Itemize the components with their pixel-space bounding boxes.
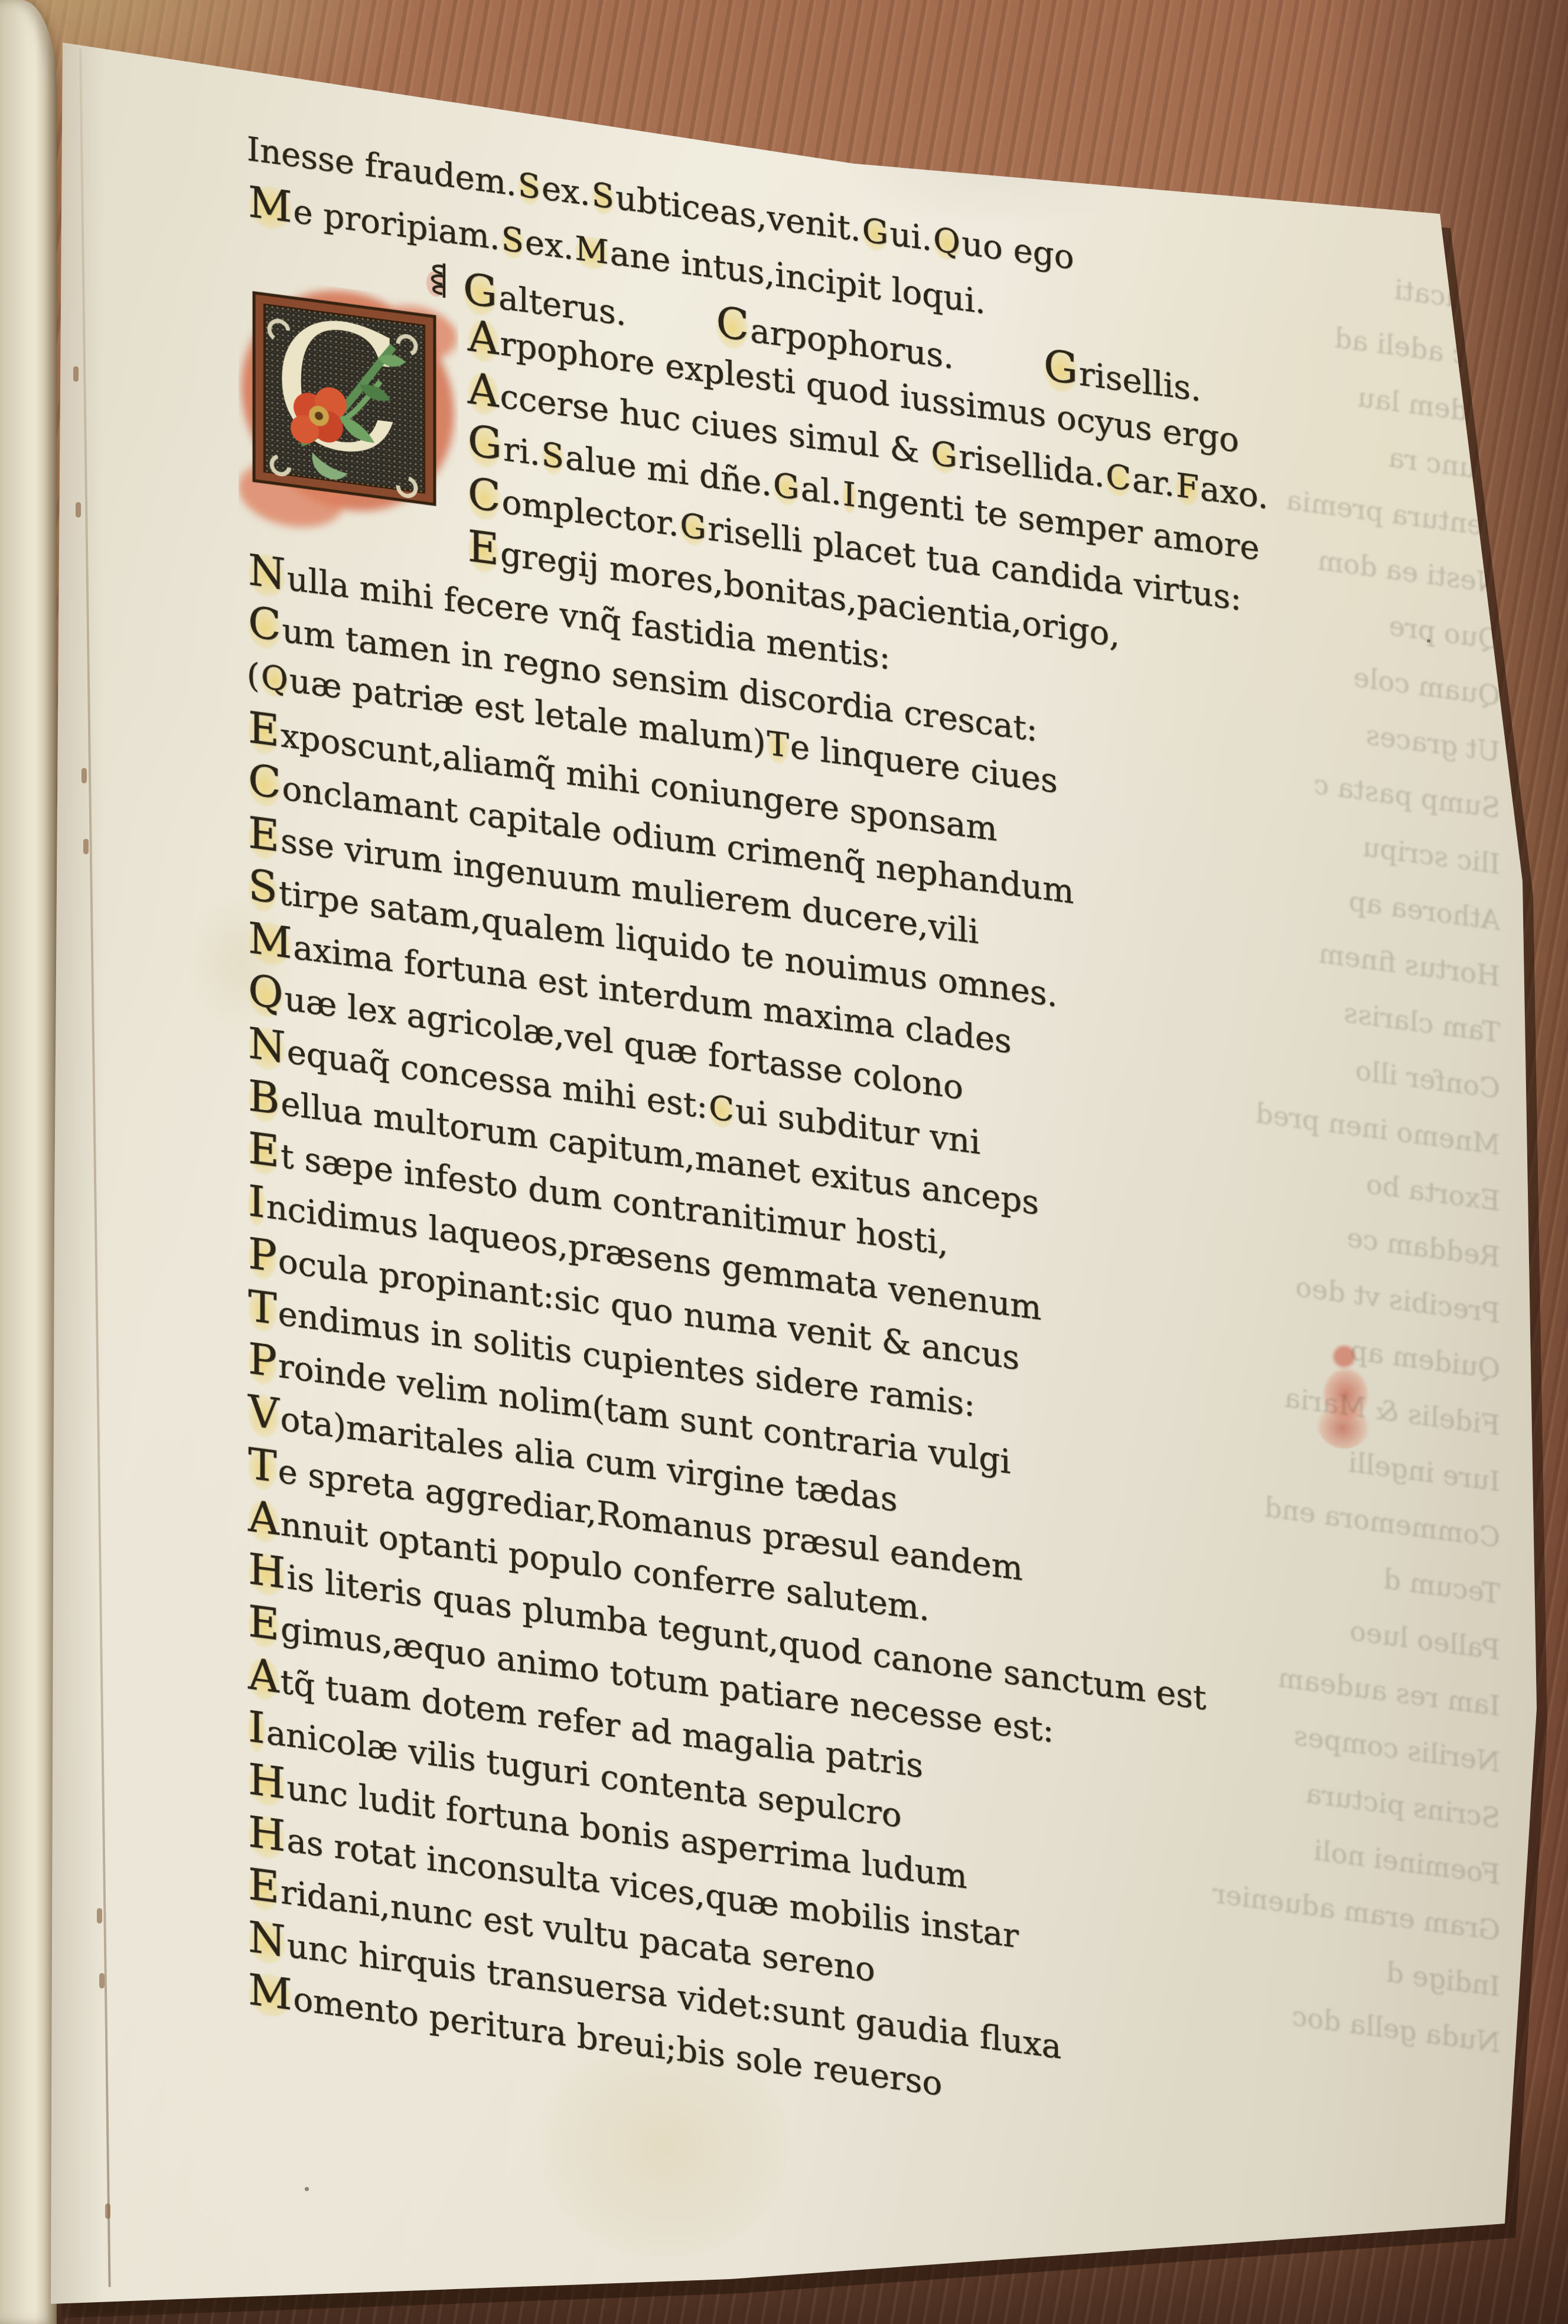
- washed-initial: M: [247, 1964, 294, 2020]
- washed-initial: G: [861, 211, 890, 253]
- washed-initial: E: [467, 521, 500, 576]
- washed-initial: N: [247, 1912, 287, 1967]
- binding-stitch: [76, 502, 81, 517]
- paper-speck: [305, 2187, 309, 2191]
- binding-stitch: [97, 1908, 102, 1923]
- washed-initial: G: [930, 434, 959, 476]
- washed-initial: A: [247, 1491, 281, 1545]
- washed-initial: S: [500, 219, 525, 261]
- washed-initial: B: [247, 1070, 281, 1125]
- washed-initial: C: [247, 597, 282, 652]
- binding-stitch: [105, 2203, 110, 2219]
- washed-initial: P: [247, 1333, 278, 1388]
- washed-initial: C: [467, 468, 502, 523]
- washed-initial: A: [467, 311, 500, 365]
- binding-stitch: [83, 839, 89, 854]
- washed-initial: V: [247, 1386, 281, 1440]
- washed-initial: A: [467, 363, 500, 418]
- washed-initial: H: [247, 1807, 286, 1862]
- washed-initial: E: [247, 808, 281, 862]
- initial-letter: C: [272, 281, 403, 497]
- washed-initial: C: [1104, 457, 1132, 499]
- washed-initial: C: [247, 755, 282, 810]
- washed-initial: I: [247, 1176, 266, 1228]
- washed-initial: M: [247, 177, 294, 233]
- washed-initial: C: [708, 1088, 735, 1130]
- washed-initial: M: [247, 913, 294, 969]
- washed-initial: F: [1175, 466, 1200, 508]
- washed-initial: A: [247, 1649, 281, 1703]
- washed-initial: T: [247, 1438, 278, 1493]
- washed-initial: Q: [932, 220, 961, 263]
- washed-initial: H: [247, 1544, 286, 1599]
- washed-initial: T: [247, 1281, 278, 1335]
- washed-initial: P: [247, 1228, 278, 1283]
- washed-initial: I: [842, 475, 857, 515]
- paragraph-mark-icon: [424, 256, 451, 322]
- washed-initial: E: [247, 1123, 281, 1178]
- binding-stitch: [82, 768, 87, 783]
- washed-initial: S: [247, 860, 279, 914]
- washed-initial: N: [247, 1018, 287, 1073]
- washed-initial: E: [247, 702, 281, 757]
- washed-initial: E: [247, 1596, 281, 1651]
- washed-initial: I: [247, 1701, 266, 1754]
- printed-text-block: C: [247, 123, 1416, 2170]
- washed-initial: H: [247, 1754, 286, 1809]
- washed-initial: G: [679, 506, 708, 548]
- washed-initial: T: [766, 724, 790, 766]
- washed-initial: G: [772, 466, 801, 507]
- binding-stitch: [99, 1973, 105, 1988]
- book-page: EducatiHic adeli adNidem lauNunc raVentu…: [51, 37, 1545, 2309]
- washed-initial: N: [247, 545, 287, 600]
- washed-initial: S: [591, 175, 615, 217]
- washed-initial: M: [573, 229, 609, 272]
- washed-initial: Q: [260, 658, 289, 700]
- facing-page-edge: [0, 0, 57, 2324]
- washed-initial: G: [467, 416, 503, 471]
- binding-stitch: [73, 366, 79, 382]
- washed-initial: S: [540, 435, 565, 477]
- washed-initial: S: [517, 165, 542, 207]
- washed-initial: Q: [247, 965, 285, 1020]
- washed-initial: E: [247, 1859, 281, 1914]
- gutter-seam: [79, 48, 111, 2287]
